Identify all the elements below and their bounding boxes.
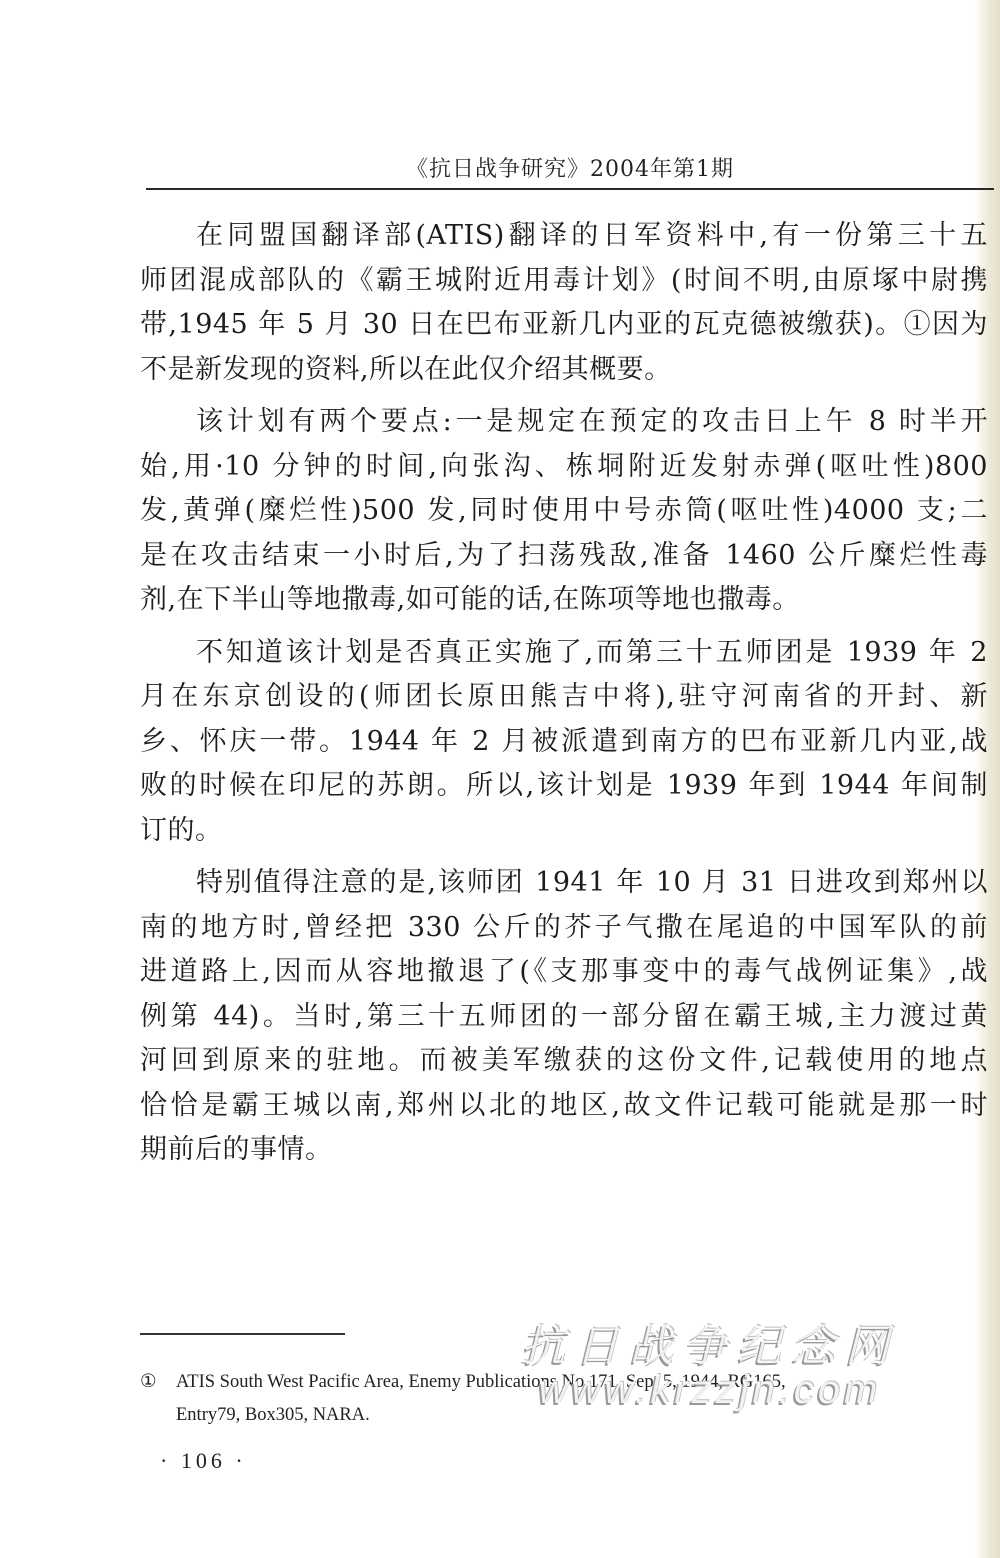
text-line: 订的。 [140,809,988,854]
text-line: 师团混成部队的《霸王城附近用毒计划》(时间不明,由原塚中尉携 [140,259,988,304]
text-line: 乡、怀庆一带。1944 年 2 月被派遣到南方的巴布亚新几内亚,战 [140,720,988,765]
text-line: 期前后的事情。 [140,1128,988,1173]
header-rule [146,188,994,190]
footnote-text-line-2: Entry79, Box305, NARA. [140,1399,980,1432]
paragraph-gap [140,392,988,400]
text-line: 南的地方时,曾经把 330 公斤的芥子气撒在尾追的中国军队的前 [140,906,988,951]
text-line: 始,用·10 分钟的时间,向张沟、栋垌附近发射赤弹(呕吐性)800 [140,445,988,490]
paragraph-gap [140,623,988,631]
paragraph-4: 特别值得注意的是,该师团 1941 年 10 月 31 日进攻到郑州以 南的地方… [140,861,988,1173]
text-line: 河回到原来的驻地。而被美军缴获的这份文件,记载使用的地点 [140,1039,988,1084]
page-number: · 106 · [160,1448,247,1474]
paragraph-gap [140,853,988,861]
text-line: 发,黄弹(糜烂性)500 发,同时使用中号赤筒(呕吐性)4000 支;二 [140,489,988,534]
footnote-text-line-1: ATIS South West Pacific Area, Enemy Publ… [176,1372,786,1392]
text-line: 月在东京创设的(师团长原田熊吉中将),驻守河南省的开封、新 [140,675,988,720]
text-line: 不是新发现的资料,所以在此仅介绍其概要。 [140,348,988,393]
paragraph-3: 不知道该计划是否真正实施了,而第三十五师团是 1939 年 2 月在东京创设的(… [140,631,988,854]
footnote: ①ATIS South West Pacific Area, Enemy Pub… [140,1366,980,1432]
footnote-rule [140,1333,345,1335]
text-line: 在同盟国翻译部(ATIS)翻译的日军资料中,有一份第三十五 [140,214,988,259]
paragraph-1: 在同盟国翻译部(ATIS)翻译的日军资料中,有一份第三十五 师团混成部队的《霸王… [140,214,988,392]
text-line: 进道路上,因而从容地撤退了(《支那事变中的毒气战例证集》,战 [140,950,988,995]
text-line: 该计划有两个要点:一是规定在预定的攻击日上午 8 时半开 [140,400,988,445]
text-line: 恰恰是霸王城以南,郑州以北的地区,故文件记载可能就是那一时 [140,1084,988,1129]
text-line: 不知道该计划是否真正实施了,而第三十五师团是 1939 年 2 [140,631,988,676]
watermark-site-name: 抗日战争纪念网 [500,1322,920,1372]
paragraph-2: 该计划有两个要点:一是规定在预定的攻击日上午 8 时半开 始,用·10 分钟的时… [140,400,988,623]
text-line: 剂,在下半山等地撒毒,如可能的话,在陈项等地也撒毒。 [140,578,988,623]
text-line: 败的时候在印尼的苏朗。所以,该计划是 1939 年到 1944 年间制 [140,764,988,809]
running-head: 《抗日战争研究》2004年第1期 [140,152,1000,183]
text-line: 是在攻击结束一小时后,为了扫荡残敌,准备 1460 公斤糜烂性毒 [140,534,988,579]
article-body: 在同盟国翻译部(ATIS)翻译的日军资料中,有一份第三十五 师团混成部队的《霸王… [140,214,988,1173]
text-line: 特别值得注意的是,该师团 1941 年 10 月 31 日进攻到郑州以 [140,861,988,906]
footnote-marker: ① [140,1366,176,1399]
text-line: 例第 44)。当时,第三十五师团的一部分留在霸王城,主力渡过黄 [140,995,988,1040]
text-line: 带,1945 年 5 月 30 日在巴布亚新几内亚的瓦克德被缴获)。①因为 [140,303,988,348]
